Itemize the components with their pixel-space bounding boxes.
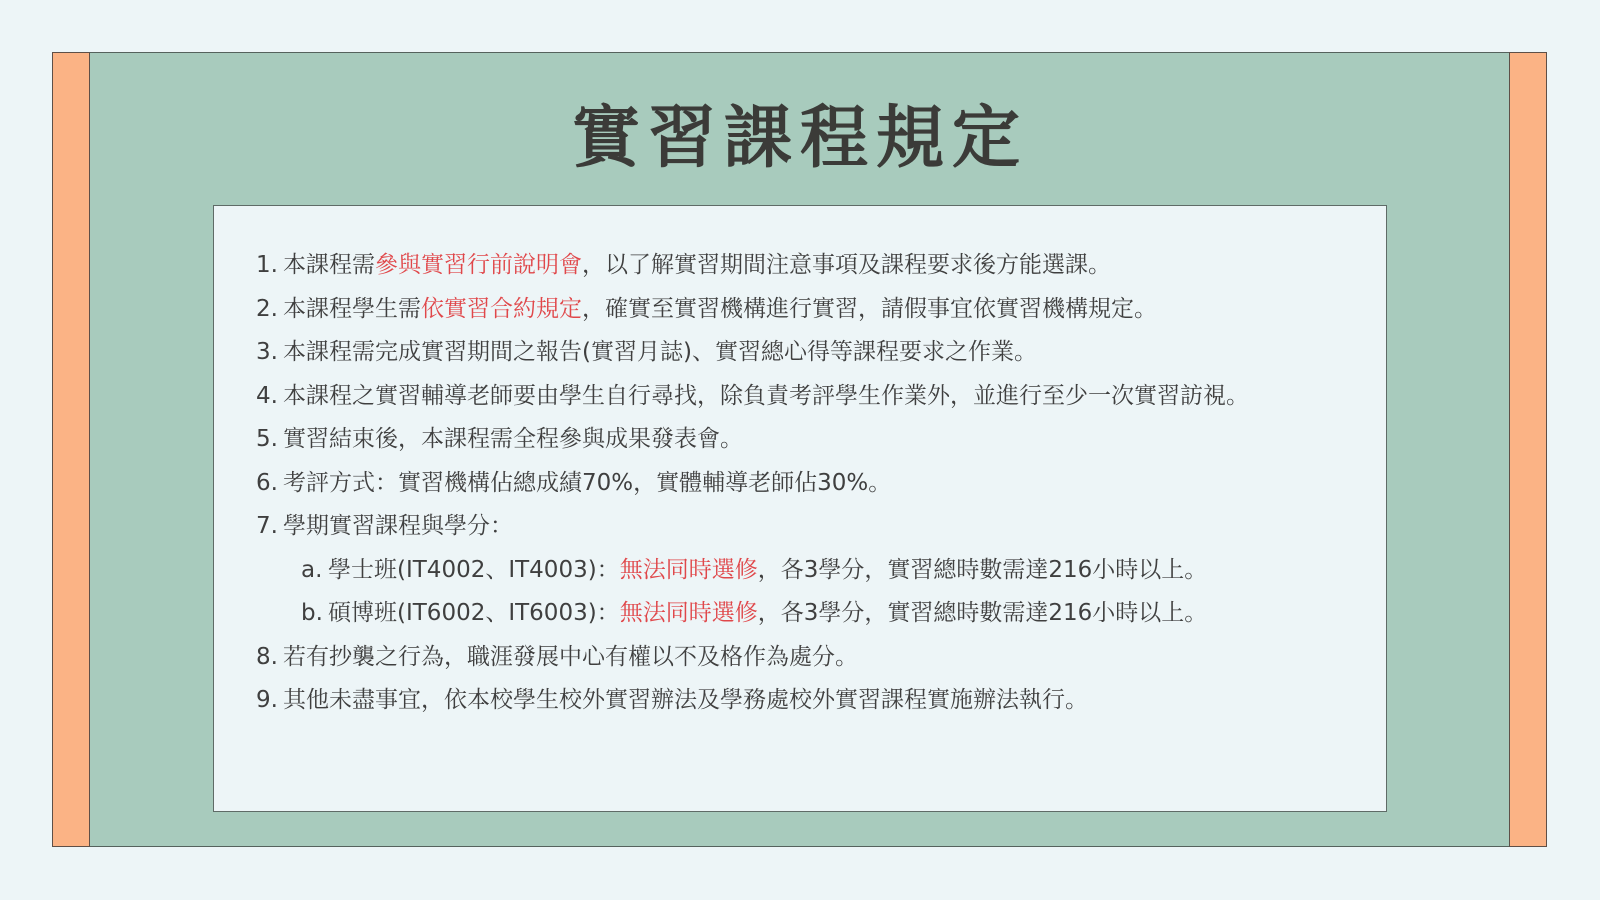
rule-number: 2. [256, 288, 283, 332]
rule-item-7: 7. 學期實習課程與學分： [256, 505, 1366, 549]
rule-subitem-a: a. 學士班(IT4002、IT4003)：無法同時選修，各3學分，實習總時數需… [256, 549, 1366, 593]
rule-number: 6. [256, 462, 283, 506]
rule-text: 其他未盡事宜，依本校學生校外實習辦法及學務處校外實習課程實施辦法執行。 [283, 679, 1366, 723]
rule-text-rest: ，各3學分，實習總時數需達216小時以上。 [758, 557, 1208, 583]
rule-text: 本課程需 [283, 252, 375, 278]
rule-number: 7. [256, 505, 283, 549]
rules-panel: 1. 本課程需參與實習行前說明會，以了解實習期間注意事項及課程要求後方能選課。 … [213, 205, 1387, 812]
rule-item-3: 3. 本課程需完成實習期間之報告(實習月誌)、實習總心得等課程要求之作業。 [256, 331, 1366, 375]
rule-text: 學士班(IT4002、IT4003)： [328, 557, 620, 583]
rules-list: 1. 本課程需參與實習行前說明會，以了解實習期間注意事項及課程要求後方能選課。 … [256, 244, 1366, 723]
rule-number: b. [301, 592, 328, 636]
rule-number: 4. [256, 375, 283, 419]
rule-text-rest: ，確實至實習機構進行實習，請假事宜依實習機構規定。 [582, 296, 1157, 322]
rule-text: 若有抄襲之行為，職涯發展中心有權以不及格作為處分。 [283, 636, 1366, 680]
rule-number: 5. [256, 418, 283, 462]
rule-number: 9. [256, 679, 283, 723]
rule-number: 8. [256, 636, 283, 680]
rule-item-1: 1. 本課程需參與實習行前說明會，以了解實習期間注意事項及課程要求後方能選課。 [256, 244, 1366, 288]
rule-item-9: 9. 其他未盡事宜，依本校學生校外實習辦法及學務處校外實習課程實施辦法執行。 [256, 679, 1366, 723]
rule-number: a. [301, 549, 328, 593]
rule-highlight: 無法同時選修 [620, 600, 758, 626]
rule-number: 3. [256, 331, 283, 375]
rule-text: 考評方式：實習機構佔總成績70%，實體輔導老師佔30%。 [283, 462, 1366, 506]
rule-item-6: 6. 考評方式：實習機構佔總成績70%，實體輔導老師佔30%。 [256, 462, 1366, 506]
rule-highlight: 參與實習行前說明會 [375, 252, 582, 278]
rule-item-2: 2. 本課程學生需依實習合約規定，確實至實習機構進行實習，請假事宜依實習機構規定… [256, 288, 1366, 332]
rule-text: 本課程需完成實習期間之報告(實習月誌)、實習總心得等課程要求之作業。 [283, 331, 1366, 375]
rule-text: 本課程學生需 [283, 296, 421, 322]
rule-highlight: 無法同時選修 [620, 557, 758, 583]
rule-text: 本課程之實習輔導老師要由學生自行尋找，除負責考評學生作業外，並進行至少一次實習訪… [283, 375, 1366, 419]
rule-text: 實習結束後，本課程需全程參與成果發表會。 [283, 418, 1366, 462]
rule-text-rest: ，各3學分，實習總時數需達216小時以上。 [758, 600, 1208, 626]
rule-item-8: 8. 若有抄襲之行為，職涯發展中心有權以不及格作為處分。 [256, 636, 1366, 680]
rule-text: 學期實習課程與學分： [283, 505, 1366, 549]
rule-item-4: 4. 本課程之實習輔導老師要由學生自行尋找，除負責考評學生作業外，並進行至少一次… [256, 375, 1366, 419]
rule-item-5: 5. 實習結束後，本課程需全程參與成果發表會。 [256, 418, 1366, 462]
rule-number: 1. [256, 244, 283, 288]
rule-text: 碩博班(IT6002、IT6003)： [328, 600, 620, 626]
page-title: 實習課程規定 [0, 96, 1600, 180]
rule-highlight: 依實習合約規定 [421, 296, 582, 322]
rule-subitem-b: b. 碩博班(IT6002、IT6003)：無法同時選修，各3學分，實習總時數需… [256, 592, 1366, 636]
rule-text-rest: ，以了解實習期間注意事項及課程要求後方能選課。 [582, 252, 1111, 278]
